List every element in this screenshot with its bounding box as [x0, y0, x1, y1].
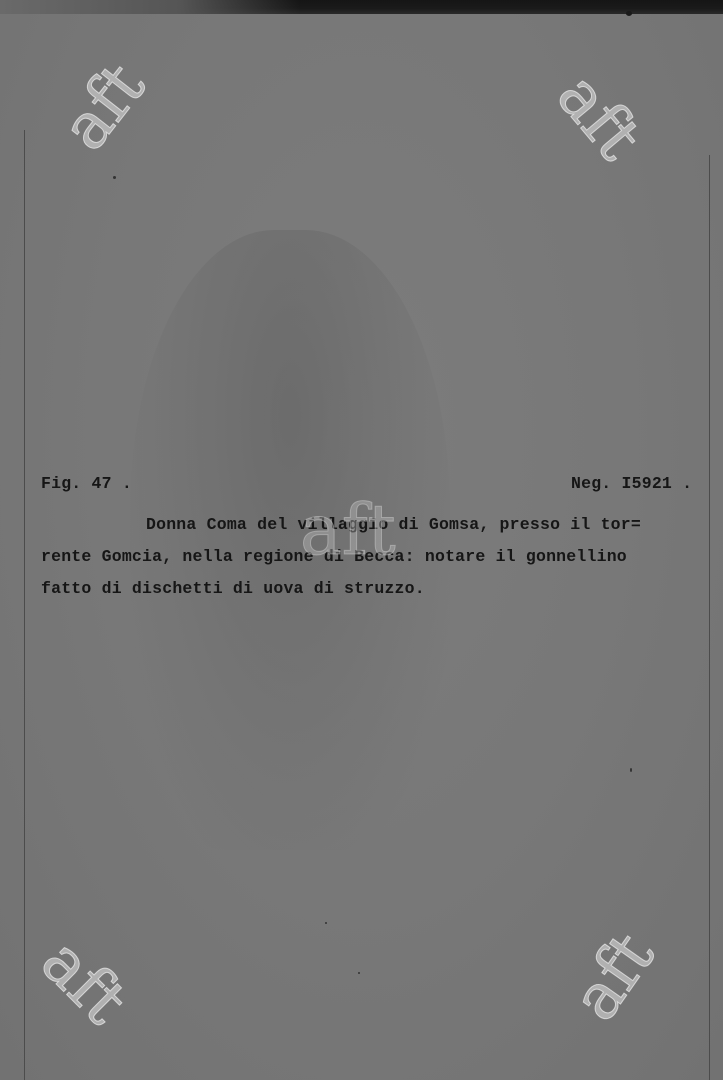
watermark-bottom-right: aft	[562, 923, 665, 1031]
figure-label: Fig. 47 .	[41, 474, 132, 493]
paper-speck	[113, 176, 116, 179]
watermark-bottom-left: aft	[30, 928, 137, 1035]
scanned-top-edge	[0, 0, 723, 14]
right-margin-line	[709, 155, 710, 1080]
faded-photo-shadow	[130, 230, 450, 850]
document-page: aft aft aft aft Fig. 47 . Neg. I5921 . D…	[0, 0, 723, 1080]
paper-speck	[325, 922, 327, 924]
paper-speck	[358, 972, 360, 974]
paper-speck	[630, 768, 632, 772]
watermark-center: aft	[300, 495, 396, 565]
left-margin-line	[24, 130, 25, 1080]
negative-number: Neg. I5921 .	[571, 474, 692, 493]
watermark-top-left: aft	[52, 53, 156, 161]
watermark-top-right: aft	[546, 63, 651, 171]
caption-line-3: fatto di dischetti di uova di struzzo.	[41, 579, 425, 598]
